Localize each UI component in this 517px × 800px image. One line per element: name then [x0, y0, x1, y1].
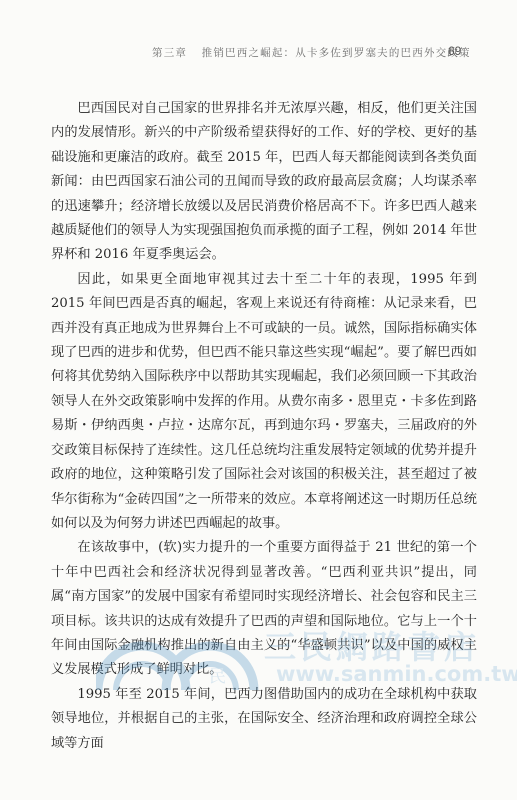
- page-number: 69: [448, 44, 461, 58]
- paragraph-2: 因此，如果更全面地审视其过去十至二十年的表现，1995 年到 2015 年间巴西…: [51, 268, 477, 536]
- chapter-title: 推销巴西之崛起：从卡多佐到罗塞夫的巴西外交政策: [202, 47, 471, 59]
- chapter-label: 第三章: [152, 47, 187, 59]
- body-text: 巴西国民对自己国家的世界排名并无浓厚兴趣，相反，他们更关注国内的发展情形。新兴的…: [51, 97, 477, 756]
- paragraph-3: 在该故事中，(软)实力提升的一个重要方面得益于 21 世纪的第一个十年中巴西社会…: [51, 536, 477, 682]
- running-header: 第三章 推销巴西之崛起：从卡多佐到罗塞夫的巴西外交政策: [152, 45, 471, 60]
- book-page: 第三章 推销巴西之崛起：从卡多佐到罗塞夫的巴西外交政策 69 巴西国民对自己国家…: [0, 0, 517, 800]
- paragraph-1: 巴西国民对自己国家的世界排名并无浓厚兴趣，相反，他们更关注国内的发展情形。新兴的…: [51, 97, 477, 268]
- paragraph-4: 1995 年至 2015 年间，巴西力图借助国内的成功在全球机构中获取领导地位，…: [51, 683, 477, 756]
